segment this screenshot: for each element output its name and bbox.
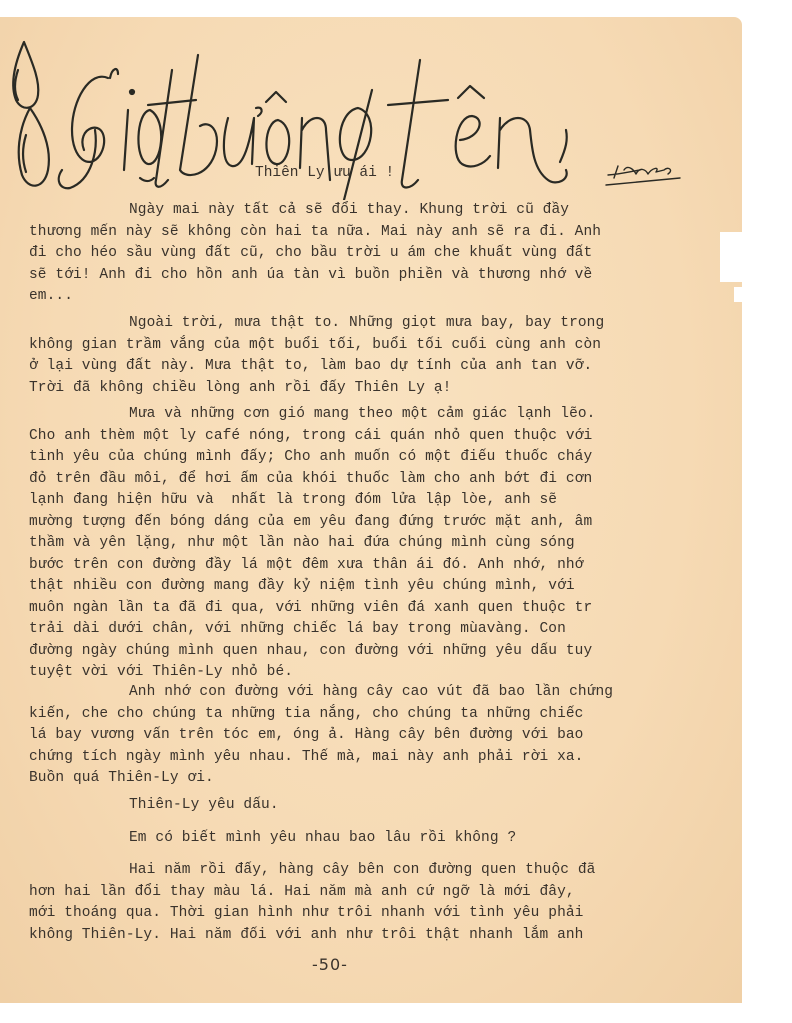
paragraph-2: Ngoài trời, mưa thật to. Những giọt mưa …	[29, 313, 669, 399]
torn-edge	[720, 232, 742, 282]
paragraph-text: Thiên-Ly yêu dấu.	[29, 795, 669, 817]
torn-edge	[734, 287, 742, 302]
paragraph-text: Ngày mai này tất cả sẽ đổi thay. Khung t…	[29, 200, 669, 308]
paragraph-3: Mưa và những cơn gió mang theo một cảm g…	[29, 404, 669, 684]
paragraph-text: Mưa và những cơn gió mang theo một cảm g…	[29, 404, 669, 684]
paragraph-text: Hai năm rồi đấy, hàng cây bên con đường …	[29, 860, 669, 946]
paragraph-text: Ngoài trời, mưa thật to. Những giọt mưa …	[29, 313, 669, 399]
paragraph-text: Anh nhớ con đường với hàng cây cao vút đ…	[29, 682, 669, 790]
greeting: Thiên Ly ưu ái !	[255, 165, 394, 181]
paragraph-5: Hai năm rồi đấy, hàng cây bên con đường …	[29, 860, 669, 946]
paragraph-4: Anh nhớ con đường với hàng cây cao vút đ…	[29, 682, 669, 790]
page-number: -50-	[312, 955, 348, 974]
question-line: Em có biết mình yêu nhau bao lâu rồi khô…	[29, 828, 669, 850]
salutation: Thiên-Ly yêu dấu.	[29, 795, 669, 817]
paragraph-1: Ngày mai này tất cả sẽ đổi thay. Khung t…	[29, 200, 669, 308]
paragraph-text: Em có biết mình yêu nhau bao lâu rồi khô…	[29, 828, 669, 850]
signature-mark	[606, 166, 680, 185]
teardrop-icon	[13, 42, 49, 186]
